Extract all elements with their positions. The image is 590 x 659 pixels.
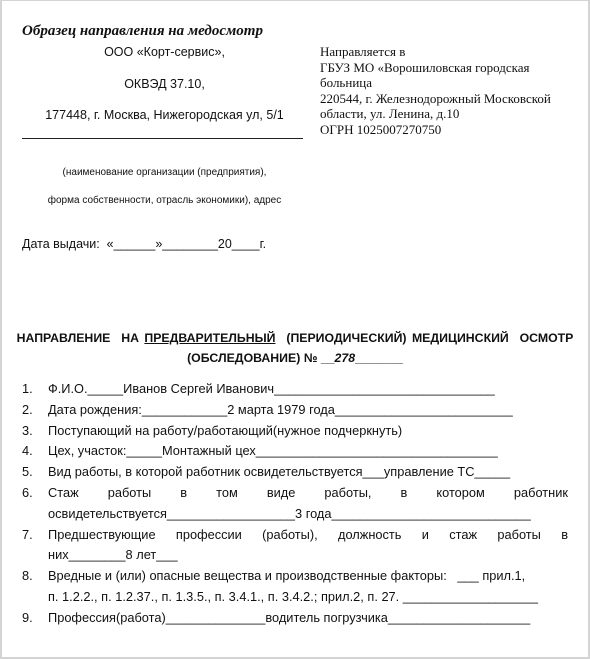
heading-number-post: _______ xyxy=(355,351,403,365)
item-hazards: Вредные и (или) опасные вещества и произ… xyxy=(48,566,568,608)
recipient-line: больница xyxy=(320,75,551,91)
list-item: 6.Стаж работы в том виде работы, в котор… xyxy=(22,483,568,525)
recipient-line: 220544, г. Железнодорожный Московской xyxy=(320,91,551,107)
recipient-line: Направляется в xyxy=(320,44,551,60)
heading-prefix: (ОБСЛЕДОВАНИЕ) № xyxy=(187,351,321,365)
referral-items: 1.Ф.И.О._____Иванов Сергей Иванович_____… xyxy=(22,379,568,629)
referral-heading: НАПРАВЛЕНИЕ НА ПРЕДВАРИТЕЛЬНЫЙ (ПЕРИОДИЧ… xyxy=(2,331,588,345)
referral-number: 278 xyxy=(335,351,356,365)
list-item: 8.Вредные и (или) опасные вещества и про… xyxy=(22,566,568,608)
item-department: Цех, участок:_____Монтажный цех_________… xyxy=(48,441,568,462)
item-fio: Ф.И.О._____Иванов Сергей Иванович_______… xyxy=(48,379,568,400)
heading-part2: (ПЕРИОДИЧЕСКИЙ) МЕДИЦИНСКИЙ ОСМОТР xyxy=(276,331,574,345)
heading-underlined: ПРЕДВАРИТЕЛЬНЫЙ xyxy=(144,331,275,345)
issue-date: Дата выдачи: «______»________20____г. xyxy=(22,237,266,251)
list-item: 2.Дата рождения:____________2 марта 1979… xyxy=(22,400,568,421)
signature-line xyxy=(22,138,303,139)
item-work-type: Вид работы, в которой работник освидетел… xyxy=(48,462,568,483)
document-page: Образец направления на медосмотр ООО «Ко… xyxy=(0,0,590,659)
referral-heading-line2: (ОБСЛЕДОВАНИЕ) № __278_______ xyxy=(2,351,588,365)
list-item: 5.Вид работы, в которой работник освидет… xyxy=(22,462,568,483)
item-experience: Стаж работы в том виде работы, в котором… xyxy=(48,483,568,525)
item-profession: Профессия(работа)______________водитель … xyxy=(48,608,568,629)
item-birth-date: Дата рождения:____________2 марта 1979 г… xyxy=(48,400,568,421)
heading-number-pre: __ xyxy=(321,351,335,365)
list-item: 1.Ф.И.О._____Иванов Сергей Иванович_____… xyxy=(22,379,568,400)
list-item: 9.Профессия(работа)______________водител… xyxy=(22,608,568,629)
recipient-line: ОГРН 1025007270750 xyxy=(320,122,551,138)
list-item: 3.Поступающий на работу/работающий(нужно… xyxy=(22,421,568,442)
list-item: 7.Предшествующие профессии (работы), дол… xyxy=(22,525,568,567)
item-status: Поступающий на работу/работающий(нужное … xyxy=(48,421,568,442)
organization-okved: ОКВЭД 37.10, xyxy=(22,77,307,91)
list-item: 4.Цех, участок:_____Монтажный цех_______… xyxy=(22,441,568,462)
heading-part1: НАПРАВЛЕНИЕ НА xyxy=(17,331,145,345)
recipient-line: ГБУЗ МО «Ворошиловская городская xyxy=(320,60,551,76)
organization-name: ООО «Корт-сервис», xyxy=(22,45,307,59)
organization-address: 177448, г. Москва, Нижегородская ул, 5/1 xyxy=(22,108,307,122)
recipient-line: области, ул. Ленина, д.10 xyxy=(320,106,551,122)
organization-hint-line2: форма собственности, отрасль экономики),… xyxy=(22,195,307,206)
document-title: Образец направления на медосмотр xyxy=(22,23,263,40)
item-previous-jobs: Предшествующие профессии (работы), должн… xyxy=(48,525,568,567)
recipient-block: Направляется в ГБУЗ МО «Ворошиловская го… xyxy=(320,44,551,137)
organization-hint-line1: (наименование организации (предприятия), xyxy=(22,167,307,178)
